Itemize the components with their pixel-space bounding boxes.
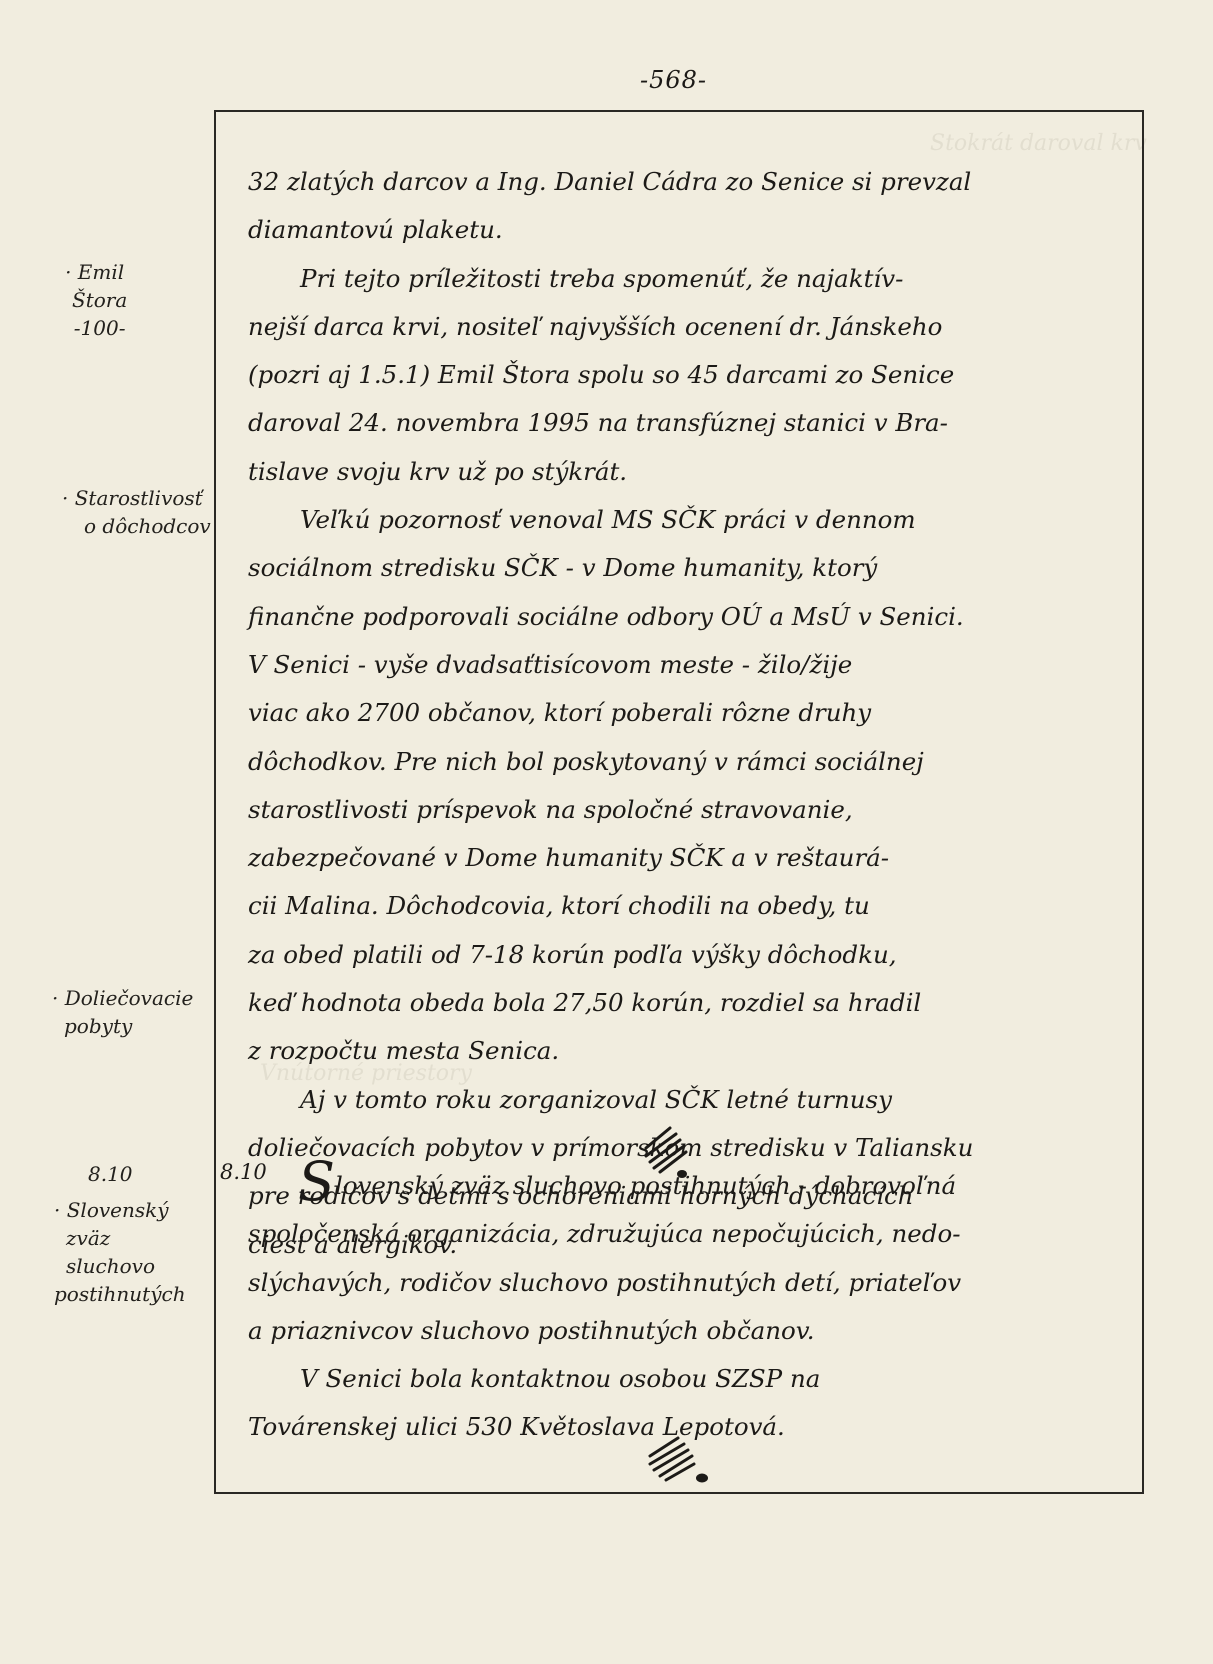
- margin-note-line: zväz: [54, 1224, 186, 1252]
- margin-note-line: sluchovo: [54, 1252, 186, 1280]
- body-text: 32 zlatých darcov a Ing. Daniel Cádra zo…: [248, 158, 1138, 1269]
- text-line: (pozri aj 1.5.1) Emil Štora spolu so 45 …: [248, 351, 1138, 399]
- text-line: keď hodnota obeda bola 27,50 korún, rozd…: [248, 979, 1138, 1027]
- end-scribble-icon: [644, 1432, 714, 1488]
- text-line: V Senici - vyše dvadsaťtisícovom meste -…: [248, 641, 1138, 689]
- text-line: za obed platili od 7-18 korún podľa výšk…: [248, 931, 1138, 979]
- text-line: daroval 24. novembra 1995 na transfúznej…: [248, 399, 1138, 447]
- text-line: nejší darca krvi, nositeľ najvyšších oce…: [248, 303, 1138, 351]
- margin-note-line: pobyty: [52, 1012, 193, 1040]
- text-line: cii Malina. Dôchodcovia, ktorí chodili n…: [248, 882, 1138, 930]
- text-line: diamantovú plaketu.: [248, 206, 1138, 254]
- page-number: -568-: [640, 66, 707, 94]
- text-line: tislave svoju krv už po stýkrát.: [248, 448, 1138, 496]
- text-line: slýchavých, rodičov sluchovo postihnutýc…: [248, 1259, 1138, 1307]
- margin-note-starostlivost: · Starostlivosť o dôchodcov: [62, 484, 211, 540]
- text-line: Aj v tomto roku zorganizoval SČK letné t…: [248, 1076, 1138, 1124]
- text-line: finančne podporovali sociálne odbory OÚ …: [248, 593, 1138, 641]
- text-line: Veľkú pozornosť venoval MS SČK práci v d…: [248, 496, 1138, 544]
- text-line: z rozpočtu mesta Senica.: [248, 1027, 1138, 1075]
- text-line: viac ako 2700 občanov, ktorí poberali rô…: [248, 689, 1138, 737]
- text-line: sociálnom stredisku SČK - v Dome humanit…: [248, 544, 1138, 592]
- margin-note-line: 8.10: [54, 1160, 186, 1188]
- margin-note-doliecovacie: · Doliečovacie pobyty: [52, 984, 193, 1040]
- text-line: spoločenská organizácia, združujúca nepo…: [248, 1210, 1138, 1258]
- text-line: V Senici bola kontaktnou osobou SZSP na: [248, 1355, 1138, 1403]
- text-line: zabezpečované v Dome humanity SČK a v re…: [248, 834, 1138, 882]
- margin-note-line: -100-: [62, 314, 127, 342]
- margin-note-line: · Slovenský: [54, 1196, 186, 1224]
- margin-note-line: · Emil: [62, 258, 127, 286]
- margin-note-line: · Starostlivosť: [62, 484, 211, 512]
- section-text: Slovenský zväz sluchovo postihnutých - d…: [248, 1162, 1138, 1452]
- margin-note-szsp: 8.10 · Slovenský zväz sluchovo postihnut…: [54, 1160, 186, 1308]
- margin-note-line: Štora: [62, 286, 127, 314]
- text-line: 32 zlatých darcov a Ing. Daniel Cádra zo…: [248, 158, 1138, 206]
- margin-note-line: · Doliečovacie: [52, 984, 193, 1012]
- margin-note-line: postihnutých: [54, 1280, 186, 1308]
- margin-note-emil-stora: · Emil Štora -100-: [62, 258, 127, 342]
- margin-note-line: o dôchodcov: [62, 512, 211, 540]
- section-first-line: Slovenský zväz sluchovo postihnutých - d…: [248, 1162, 1138, 1210]
- text-line: Pri tejto príležitosti treba spomenúť, ž…: [248, 255, 1138, 303]
- text-line: a priaznivcov sluchovo postihnutých obča…: [248, 1307, 1138, 1355]
- text-line: starostlivosti príspevok na spoločné str…: [248, 786, 1138, 834]
- section-initial-letter: S: [298, 1150, 335, 1213]
- text-line: lovenský zväz sluchovo postihnutých - do…: [335, 1171, 956, 1200]
- text-line: dôchodkov. Pre nich bol poskytovaný v rá…: [248, 738, 1138, 786]
